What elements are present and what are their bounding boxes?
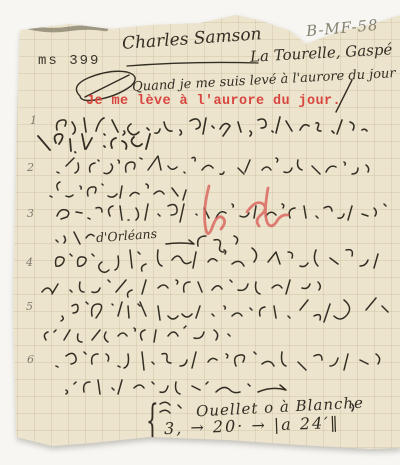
manuscript-number: ms 399 xyxy=(38,53,100,69)
margin-line-number-5: 5 xyxy=(26,300,33,313)
margin-line-number-3: 3 xyxy=(27,207,34,220)
scanned-manuscript-page: ms 399 Charles Samson La Tourelle, Gaspé… xyxy=(0,0,400,465)
margin-line-number-2: 2 xyxy=(27,161,34,174)
margin-line-number-6: 6 xyxy=(27,353,34,366)
closing-brace: { xyxy=(146,394,159,446)
typed-incipit-red: Je me lève à l'aurore du jour. xyxy=(86,94,341,109)
paper-shadow: ms 399 Charles Samson La Tourelle, Gaspé… xyxy=(0,0,400,465)
margin-line-number-4: 4 xyxy=(26,256,33,269)
manuscript-paper: ms 399 Charles Samson La Tourelle, Gaspé… xyxy=(0,0,400,465)
margin-line-number-1: 1 xyxy=(30,114,37,127)
